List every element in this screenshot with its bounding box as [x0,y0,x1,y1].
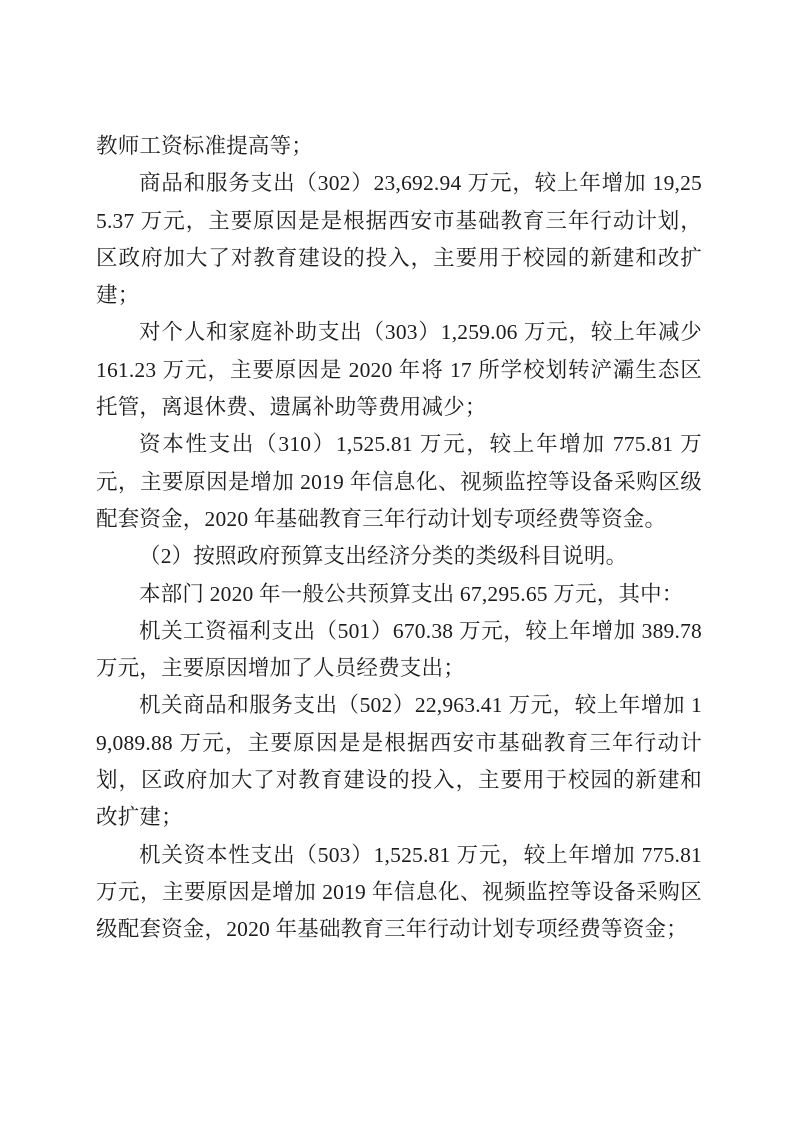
paragraph-individual-family-subsidy-303: 对个人和家庭补助支出（303）1,259.06 万元，较上年减少 161.23 … [96,314,702,426]
paragraph-agency-goods-services-502: 机关商品和服务支出（502）22,963.41 万元，较上年增加 19,089.… [96,687,702,836]
paragraph-agency-capital-expenditure-503: 机关资本性支出（503）1,525.81 万元，较上年增加 775.81 万元，… [96,837,702,949]
document-text-block: 教师工资标准提高等； 商品和服务支出（302）23,692.94 万元，较上年增… [96,128,702,949]
paragraph-capital-expenditure-310: 资本性支出（310）1,525.81 万元，较上年增加 775.81 万元，主要… [96,426,702,538]
paragraph-section-heading-economic-classification: （2）按照政府预算支出经济分类的类级科目说明。 [96,538,702,575]
paragraph-agency-salary-welfare-501: 机关工资福利支出（501）670.38 万元，较上年增加 389.78 万元，主… [96,613,702,688]
document-page: 教师工资标准提高等； 商品和服务支出（302）23,692.94 万元，较上年增… [0,0,793,1122]
paragraph-total-public-budget-expenditure: 本部门 2020 年一般公共预算支出 67,295.65 万元，其中： [96,576,702,613]
paragraph-goods-services-302: 商品和服务支出（302）23,692.94 万元，较上年增加 19,255.37… [96,165,702,314]
paragraph-teacher-salary-continuation: 教师工资标准提高等； [96,128,702,165]
